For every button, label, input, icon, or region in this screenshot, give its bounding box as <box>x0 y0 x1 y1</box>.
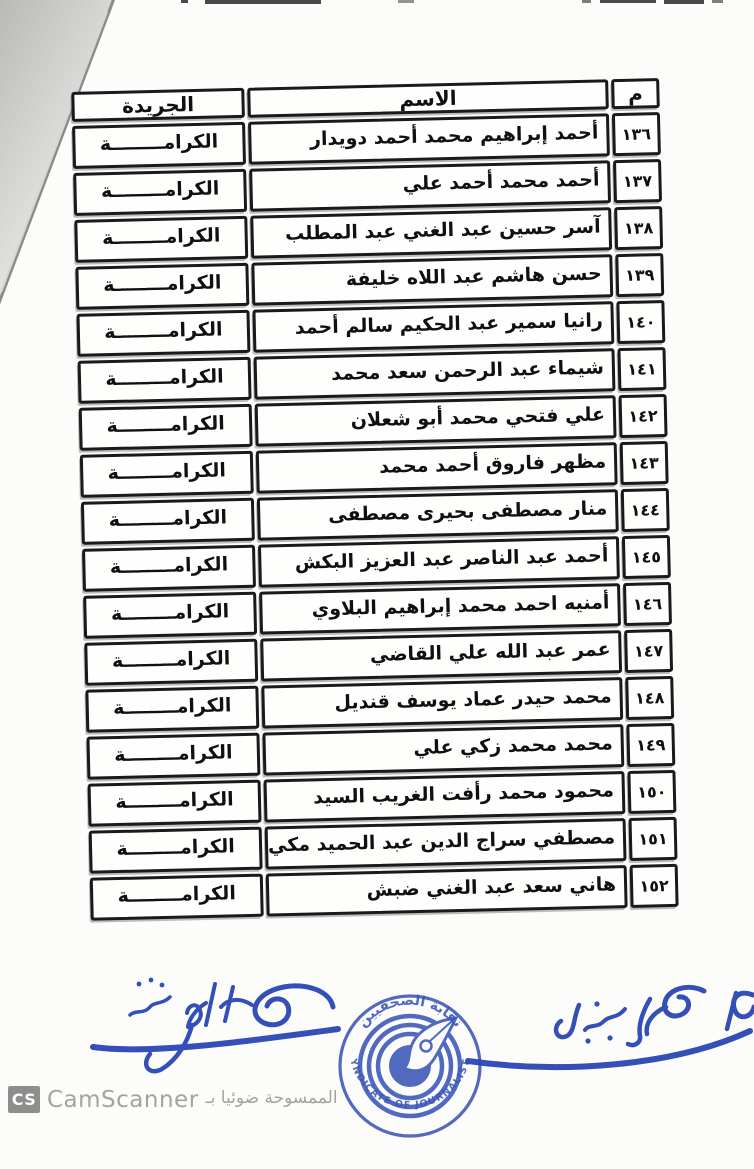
cell-serial: ١٤٩ <box>626 723 675 767</box>
cell-serial: ١٤٠ <box>616 300 665 344</box>
stamp-arabic-text: نقابة الصحفيين <box>355 993 466 1031</box>
scan-edge-artifact <box>600 0 656 3</box>
cell-serial: ١٣٩ <box>615 253 664 297</box>
cell-newspaper: الكرامــــــــة <box>81 498 255 545</box>
scan-edge-artifact <box>205 0 321 4</box>
camscanner-arabic-label: الممسوحة ضوئيا بـ <box>206 1088 338 1111</box>
column-header-name: الاسم <box>247 79 609 117</box>
signature-left <box>93 978 338 1072</box>
cell-newspaper: الكرامــــــــة <box>83 592 257 639</box>
camscanner-watermark: CS CamScanner الممسوحة ضوئيا بـ <box>8 1086 338 1113</box>
cell-name: أحمد محمد أحمد علي <box>249 160 611 211</box>
column-header-serial: م <box>611 78 660 109</box>
cell-name: حسن هاشم عبد اللاه خليفة <box>251 254 613 305</box>
cell-name: رانيا سمير عبد الحكيم سالم أحمد <box>252 301 614 352</box>
syndicate-stamp: نقابة الصحفيين SYNDICATE OF JOURNALISTS <box>330 988 496 1150</box>
cell-newspaper: الكرامــــــــة <box>86 733 260 780</box>
cell-name: محمد محمد زكي علي <box>262 724 624 775</box>
camscanner-brand-text: CamScanner <box>47 1087 199 1113</box>
cell-name: أحمد إبراهيم محمد أحمد دويدار <box>248 113 610 164</box>
scan-edge-artifact <box>398 0 414 3</box>
svg-text:نقابة الصحفيين: نقابة الصحفيين <box>355 993 466 1031</box>
cell-serial: ١٣٧ <box>613 159 662 203</box>
cell-name: محمد حيدر عماد يوسف قنديل <box>261 677 623 728</box>
cell-name: منار مصطفى بحيرى مصطفى <box>257 489 619 540</box>
cell-newspaper: الكرامــــــــة <box>79 404 253 451</box>
scan-edge-artifact <box>712 0 723 3</box>
cell-newspaper: الكرامــــــــة <box>90 874 264 921</box>
cell-newspaper: الكرامــــــــة <box>74 216 248 263</box>
cell-serial: ١٥١ <box>629 817 678 861</box>
cell-serial: ١٣٦ <box>612 112 661 156</box>
cell-name: مظهر فاروق أحمد محمد <box>256 442 618 493</box>
scan-edge-artifact <box>582 0 591 3</box>
cell-name: أمنيه احمد محمد إبراهيم البلاوي <box>259 583 621 634</box>
signature-strokes <box>0 975 754 1169</box>
cell-name: مصطفي سراج الدين عبد الحميد مكي <box>265 818 627 869</box>
cell-newspaper: الكرامــــــــة <box>78 357 252 404</box>
column-header-newspaper: الجريدة <box>71 88 245 122</box>
cell-serial: ١٤٧ <box>624 629 673 673</box>
table-row: ١٥٢هاني سعد عبد الغني ضبشالكرامــــــــة <box>90 864 679 921</box>
cell-serial: ١٤٤ <box>621 488 670 532</box>
cell-newspaper: الكرامــــــــة <box>85 686 259 733</box>
cell-serial: ١٣٨ <box>614 206 663 250</box>
cell-serial: ١٥٢ <box>630 864 679 908</box>
cell-newspaper: الكرامــــــــة <box>88 780 262 827</box>
scan-edge-artifact <box>181 0 188 3</box>
signatures-layer <box>0 975 754 1169</box>
cell-serial: ١٤٦ <box>623 582 672 626</box>
stamp-english-text: SYNDICATE OF JOURNALISTS <box>330 988 473 1111</box>
stamp-pen-nib-icon <box>404 1018 456 1071</box>
cell-name: عمر عبد الله علي القاضي <box>260 630 622 681</box>
svg-text:SYNDICATE OF JOURNALISTS: SYNDICATE OF JOURNALISTS <box>330 988 473 1111</box>
cell-name: أحمد عبد الناصر عبد العزيز البكش <box>258 536 620 587</box>
cell-newspaper: الكرامــــــــة <box>84 639 258 686</box>
cell-newspaper: الكرامــــــــة <box>76 310 250 357</box>
signature-right <box>468 987 754 1067</box>
cell-name: علي فتحي محمد أبو شعلان <box>255 395 617 446</box>
camscanner-logo-icon: CS <box>8 1086 40 1113</box>
cell-serial: ١٤٨ <box>625 676 674 720</box>
members-table: م الاسم الجريدة ١٣٦أحمد إبراهيم محمد أحم… <box>68 74 682 925</box>
cell-name: محمود محمد رأفت الغريب السيد <box>264 771 626 822</box>
scanned-page: م الاسم الجريدة ١٣٦أحمد إبراهيم محمد أحم… <box>0 0 754 1169</box>
cell-newspaper: الكرامــــــــة <box>80 451 254 498</box>
cell-name: آسر حسين عبد الغني عبد المطلب <box>250 207 612 258</box>
cell-name: هاني سعد عبد الغني ضبش <box>266 865 628 916</box>
cell-newspaper: الكرامــــــــة <box>82 545 256 592</box>
cell-serial: ١٤٣ <box>620 441 669 485</box>
cell-serial: ١٤٢ <box>619 394 668 438</box>
cell-newspaper: الكرامــــــــة <box>73 169 247 216</box>
cell-serial: ١٤٥ <box>622 535 671 579</box>
cell-newspaper: الكرامــــــــة <box>89 827 263 874</box>
cell-newspaper: الكرامــــــــة <box>75 263 249 310</box>
cell-name: شيماء عبد الرحمن سعد محمد <box>254 348 616 399</box>
scan-edge-artifact <box>664 0 704 4</box>
cell-serial: ١٤١ <box>617 347 666 391</box>
cell-serial: ١٥٠ <box>627 770 676 814</box>
cell-newspaper: الكرامــــــــة <box>72 122 246 169</box>
